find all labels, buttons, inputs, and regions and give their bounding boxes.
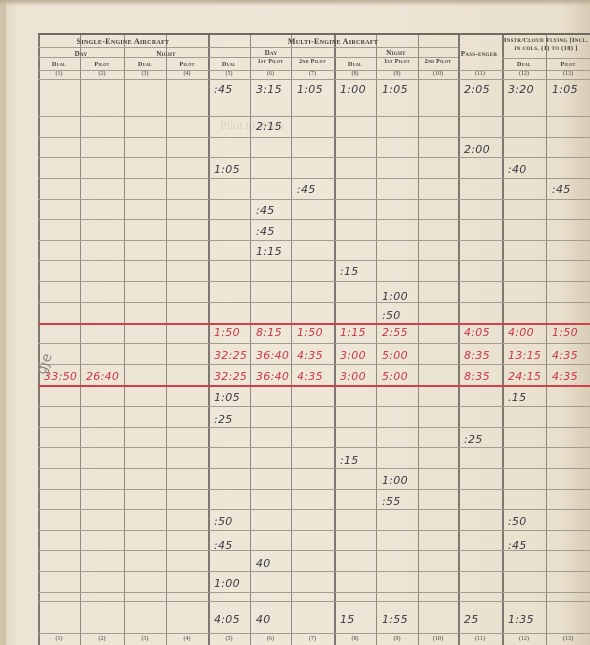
column-number: (13)	[546, 636, 590, 642]
column-number: (11)	[458, 71, 502, 77]
row-rule	[38, 240, 590, 241]
log-entry-col-12: 3:20	[508, 83, 534, 96]
log-entry-col-11: 8:35	[464, 370, 490, 383]
header-me-night: Night	[334, 49, 458, 57]
column-number: (6)	[250, 636, 291, 642]
row-rule	[38, 633, 590, 634]
header-se-night: Night	[124, 50, 208, 58]
log-entry-col-5: 4:05	[214, 613, 240, 626]
log-entry-col-8: 15	[340, 613, 355, 626]
log-entry-col-5: :45	[214, 539, 233, 552]
log-entry-col-11: 8:35	[464, 349, 490, 362]
log-entry-col-5: 32:25	[214, 349, 247, 362]
column-divider	[80, 34, 81, 645]
log-entry-col-6: 8:15	[256, 326, 282, 339]
log-entry-col-12: :40	[508, 163, 527, 176]
log-entry-col-13: 4:35	[552, 370, 578, 383]
log-entry-col-9: :50	[382, 309, 401, 322]
log-entry-col-9: 1:00	[382, 474, 408, 487]
log-entry-col-12: 4:00	[508, 326, 534, 339]
column-number: (5)	[208, 636, 250, 642]
header-passenger: Pass-enger	[458, 50, 500, 58]
header-instr-cloud: Instr/Cloud Flying [Incl. in cols. (1) t…	[502, 37, 590, 53]
row-rule	[38, 447, 590, 448]
log-entry-col-6: :45	[256, 204, 275, 217]
log-entry-col-13: 4:35	[552, 349, 578, 362]
column-divider	[376, 34, 377, 645]
column-divider	[166, 34, 167, 645]
log-entry-col-7: :45	[297, 183, 316, 196]
header-top-rule	[38, 33, 590, 35]
header-se-day: Day	[38, 50, 124, 58]
log-entry-col-11: :25	[464, 433, 483, 446]
bleed-through-text	[240, 138, 243, 153]
column-number: (10)	[418, 636, 458, 642]
row-rule	[38, 116, 590, 117]
log-entry-col-8: 3:00	[340, 349, 366, 362]
row-rule	[38, 406, 590, 407]
page-binding	[0, 0, 6, 645]
column-number: (3)	[124, 71, 166, 77]
row-rule	[38, 219, 590, 220]
log-entry-col-6: :45	[256, 225, 275, 238]
column-number: (13)	[546, 71, 590, 77]
row-rule	[38, 592, 590, 593]
row-rule	[38, 468, 590, 469]
log-entry-col-8: :15	[340, 454, 359, 467]
red-total-rule	[38, 323, 590, 325]
row-rule	[38, 489, 590, 490]
column-label: 2nd Pilot	[291, 58, 334, 66]
row-rule	[38, 571, 590, 572]
column-number: (8)	[334, 71, 376, 77]
column-label: 2nd Pilot	[418, 58, 458, 66]
column-number: (2)	[80, 636, 124, 642]
log-entry-col-9: 1:55	[382, 613, 408, 626]
column-divider	[124, 34, 125, 645]
log-entry-col-5: 32:25	[214, 370, 247, 383]
log-entry-col-12: 1:35	[508, 613, 534, 626]
row-rule	[38, 157, 590, 158]
log-entry-col-6: 36:40	[256, 370, 289, 383]
row-rule	[38, 509, 590, 510]
page-edge-shadow	[0, 0, 590, 6]
column-number: (2)	[80, 71, 124, 77]
log-entry-col-8: 3:00	[340, 370, 366, 383]
log-entry-col-6: 2:15	[256, 120, 282, 133]
column-divider	[291, 34, 292, 645]
column-divider	[208, 34, 210, 645]
column-divider	[502, 34, 504, 645]
red-total-rule	[38, 385, 590, 387]
log-entry-col-5: 1:05	[214, 163, 240, 176]
column-label: Pilot	[80, 61, 124, 69]
column-number: (9)	[376, 636, 418, 642]
log-entry-col-7: 1:50	[297, 326, 323, 339]
column-number: (6)	[250, 71, 291, 77]
column-number: (1)	[38, 636, 80, 642]
column-label: Pilot	[166, 61, 208, 69]
column-label: Pilot	[546, 61, 590, 69]
column-label: 1st Pilot	[376, 58, 418, 66]
row-rule	[38, 260, 590, 261]
log-entry-col-11: 2:05	[464, 83, 490, 96]
row-rule	[38, 178, 590, 179]
column-label: Dual	[334, 61, 376, 69]
column-label: Dual	[38, 61, 80, 69]
column-number: (9)	[376, 71, 418, 77]
log-entry-col-11: 25	[464, 613, 479, 626]
log-entry-col-6: 36:40	[256, 349, 289, 362]
log-entry-col-9: 5:00	[382, 370, 408, 383]
header-me-day: Day	[208, 49, 334, 57]
log-entry-col-8: :15	[340, 265, 359, 278]
row-rule	[38, 199, 590, 200]
log-entry-col-13: 1:50	[552, 326, 578, 339]
log-entry-col-5: 1:50	[214, 326, 240, 339]
log-entry-col-2: 26:40	[86, 370, 119, 383]
column-number: (4)	[166, 636, 208, 642]
column-number: (1)	[38, 71, 80, 77]
log-entry-col-7: 1:05	[297, 83, 323, 96]
log-entry-col-11: 2:00	[464, 143, 490, 156]
log-entry-col-13: 1:05	[552, 83, 578, 96]
log-entry-col-5: :45	[214, 83, 233, 96]
column-label: 1st Pilot	[250, 58, 291, 66]
row-rule	[38, 427, 590, 428]
column-number: (8)	[334, 636, 376, 642]
log-entry-col-12: 24:15	[508, 370, 541, 383]
log-entry-col-9: 5:00	[382, 349, 408, 362]
column-number: (12)	[502, 636, 546, 642]
log-entry-col-5: :25	[214, 413, 233, 426]
log-entry-col-12: :45	[508, 539, 527, 552]
log-entry-col-12: 13:15	[508, 349, 541, 362]
header-multi-engine: Multi-Engine Aircraft	[208, 38, 458, 46]
column-number: (3)	[124, 636, 166, 642]
row-rule	[38, 364, 590, 365]
header-rule	[38, 79, 590, 80]
column-number: (11)	[458, 636, 502, 642]
header-rule	[502, 58, 590, 59]
header-rule	[38, 47, 458, 48]
column-number: (5)	[208, 71, 250, 77]
column-divider	[38, 34, 40, 645]
log-entry-col-9: 2:55	[382, 326, 408, 339]
row-rule	[38, 343, 590, 344]
log-entry-col-7: 4:35	[297, 370, 323, 383]
column-divider	[250, 34, 251, 645]
column-label: Dual	[124, 61, 166, 69]
log-entry-col-12: .15	[508, 391, 526, 404]
column-divider	[334, 34, 336, 645]
log-entry-col-9: 1:00	[382, 290, 408, 303]
log-entry-col-6: 1:15	[256, 245, 282, 258]
log-entry-col-5: :50	[214, 515, 233, 528]
log-entry-col-7: 4:35	[297, 349, 323, 362]
column-divider	[418, 34, 419, 645]
log-entry-col-9: :55	[382, 495, 401, 508]
column-number: (7)	[291, 71, 334, 77]
column-number: (10)	[418, 71, 458, 77]
column-divider	[546, 34, 547, 645]
log-entry-col-5: 1:00	[214, 577, 240, 590]
log-entry-col-8: 1:00	[340, 83, 366, 96]
log-entry-col-5: 1:05	[214, 391, 240, 404]
row-rule	[38, 281, 590, 282]
log-entry-col-6: 40	[256, 557, 271, 570]
log-entry-col-9: 1:05	[382, 83, 408, 96]
log-entry-col-12: :50	[508, 515, 527, 528]
row-rule	[38, 302, 590, 303]
log-entry-col-6: 40	[256, 613, 271, 626]
header-single-engine: Single-Engine Aircraft	[38, 38, 208, 46]
column-divider	[458, 34, 460, 645]
column-number: (7)	[291, 636, 334, 642]
column-number: (4)	[166, 71, 208, 77]
column-label: Dual	[208, 61, 250, 69]
logbook-page: Pilot to Wash Single-Engine Aircraft Mul…	[0, 0, 590, 645]
row-rule	[38, 601, 590, 602]
log-entry-col-11: 4:05	[464, 326, 490, 339]
row-rule	[38, 530, 590, 531]
column-label: Dual	[502, 61, 546, 69]
column-number: (12)	[502, 71, 546, 77]
row-rule	[38, 137, 590, 138]
log-entry-col-8: 1:15	[340, 326, 366, 339]
log-entry-col-13: :45	[552, 183, 571, 196]
log-entry-col-6: 3:15	[256, 83, 282, 96]
